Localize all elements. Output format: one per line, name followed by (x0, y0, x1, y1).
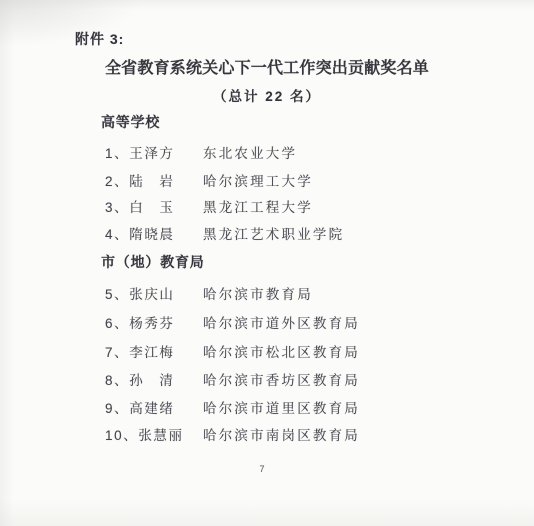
awardee-row: 4、隋晓晨 黑龙江艺术职业学院 (105, 223, 175, 241)
awardee-number: 3、 (105, 200, 129, 215)
awardee-number: 10、 (105, 428, 138, 443)
awardee-name: 李江梅 (129, 345, 174, 360)
awardee-organization: 哈尔滨市香坊区教育局 (203, 369, 360, 389)
awardee-organization: 哈尔滨市教育局 (203, 283, 313, 303)
scan-shading-left (0, 0, 14, 526)
awardee-number: 4、 (105, 227, 129, 242)
scan-shading-top (0, 0, 534, 10)
attachment-label: 附件 3: (75, 29, 124, 49)
section-heading-education-bureaus: 市（地）教育局 (101, 252, 205, 272)
awardee-organization: 哈尔滨市道外区教育局 (203, 312, 360, 332)
awardee-number: 2、 (105, 174, 129, 189)
awardee-name: 高建绪 (129, 401, 174, 416)
awardee-organization: 哈尔滨市道里区教育局 (203, 397, 360, 417)
awardee-row: 3、白 玉 黑龙江工程大学 (105, 196, 175, 214)
awardee-name: 孙 清 (129, 373, 174, 388)
awardee-number: 5、 (105, 287, 129, 302)
document-subtitle: （总计 22 名） (0, 85, 534, 105)
awardee-organization: 哈尔滨市松北区教育局 (203, 341, 360, 361)
section-heading-universities: 高等学校 (101, 112, 160, 132)
page-number: 7 (250, 464, 274, 474)
awardee-organization: 哈尔滨理工大学 (203, 170, 313, 190)
scanned-document-page: 附件 3: 全省教育系统关心下一代工作突出贡献奖名单 （总计 22 名） 高等学… (0, 0, 534, 526)
awardee-row: 10、张慧丽 哈尔滨市南岗区教育局 (105, 424, 184, 442)
awardee-row: 7、李江梅 哈尔滨市松北区教育局 (105, 341, 175, 359)
awardee-row: 1、王泽方 东北农业大学 (105, 142, 175, 160)
awardee-row: 5、张庆山 哈尔滨市教育局 (105, 283, 175, 301)
awardee-organization: 哈尔滨市南岗区教育局 (203, 424, 360, 444)
awardee-name: 隋晓晨 (129, 227, 174, 242)
awardee-name: 王泽方 (129, 146, 174, 161)
awardee-row: 9、高建绪 哈尔滨市道里区教育局 (105, 397, 175, 415)
awardee-name: 陆 岩 (129, 174, 174, 189)
awardee-number: 1、 (105, 146, 129, 161)
awardee-name: 白 玉 (129, 200, 174, 215)
scan-shading-bottom (0, 500, 534, 526)
awardee-number: 6、 (105, 316, 129, 331)
awardee-number: 9、 (105, 401, 129, 416)
awardee-row: 8、孙 清 哈尔滨市香坊区教育局 (105, 369, 175, 387)
awardee-name: 张庆山 (129, 287, 174, 302)
awardee-name: 张慧丽 (138, 428, 183, 443)
awardee-organization: 黑龙江工程大学 (203, 196, 313, 216)
awardee-row: 6、杨秀芬 哈尔滨市道外区教育局 (105, 312, 175, 330)
awardee-row: 2、陆 岩 哈尔滨理工大学 (105, 170, 175, 188)
awardee-number: 7、 (105, 345, 129, 360)
document-title: 全省教育系统关心下一代工作突出贡献奖名单 (0, 55, 534, 78)
awardee-organization: 东北农业大学 (203, 142, 297, 162)
awardee-number: 8、 (105, 373, 129, 388)
awardee-organization: 黑龙江艺术职业学院 (203, 223, 344, 243)
awardee-name: 杨秀芬 (129, 316, 174, 331)
